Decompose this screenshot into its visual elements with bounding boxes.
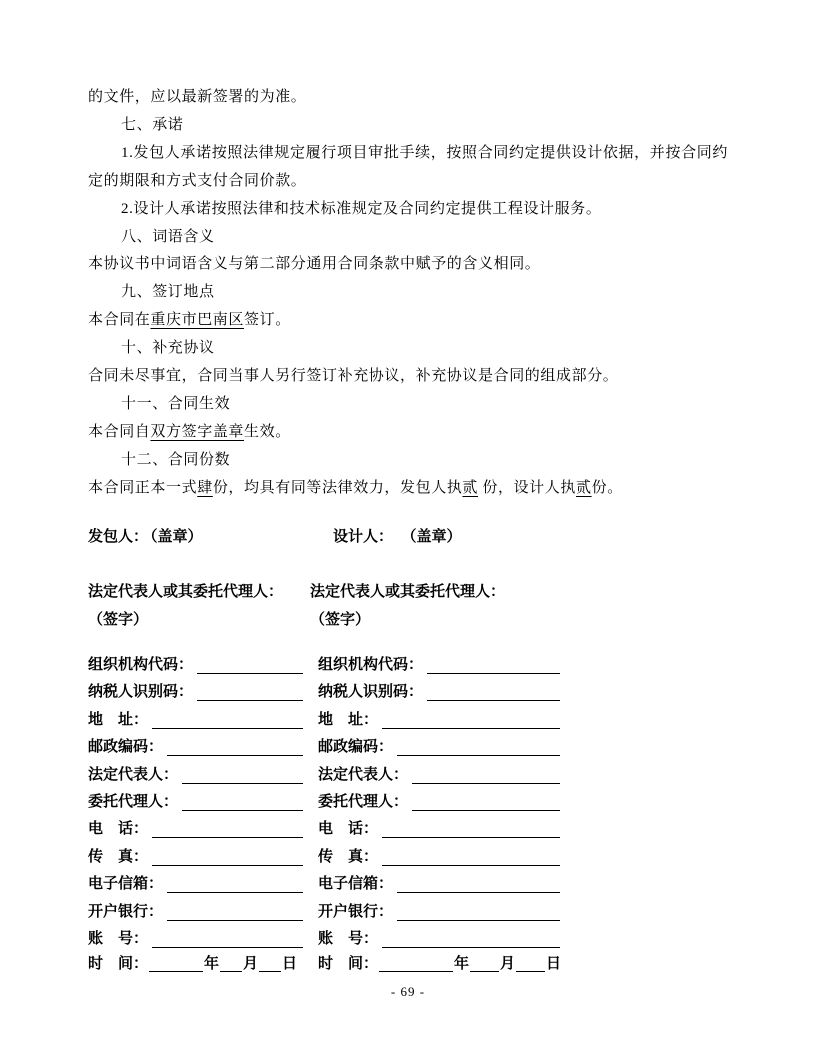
field-label: 电子信箱：	[88, 872, 163, 897]
paragraph-12-text: 份。	[592, 480, 623, 496]
designer-sign-label: （签字）	[310, 606, 728, 634]
field-label: 法定代表人：	[88, 763, 178, 788]
blank-line	[397, 870, 560, 893]
blank-line	[149, 957, 203, 972]
paragraph-12: 本合同正本一式肆份，均具有同等法律效力，发包人执贰 份，设计人执贰份。	[88, 475, 728, 503]
employer-sign-label: （签字）	[88, 606, 310, 634]
paragraph-12-text: 本合同正本一式	[88, 480, 197, 496]
field-fax-right: 传 真：	[318, 842, 728, 869]
field-label: 法定代表人：	[318, 763, 408, 788]
blank-line	[379, 957, 453, 972]
field-label: 纳税人识别码：	[88, 680, 193, 705]
field-label: 纳税人识别码：	[318, 680, 423, 705]
field-date-right: 时 间：年月日	[318, 952, 728, 979]
blank-line	[197, 678, 303, 701]
blank-line	[220, 957, 242, 972]
employer-agent-label: 法定代表人或其委托代理人：	[88, 578, 310, 606]
field-row-email: 电子信箱： 电子信箱：	[88, 870, 728, 897]
field-row-postal-code: 邮政编码： 邮政编码：	[88, 733, 728, 760]
seal-row: 发包人：（盖章） 设计人：（盖章）	[88, 523, 728, 551]
field-row-tax-id: 纳税人识别码： 纳税人识别码：	[88, 678, 728, 705]
year-label: 年	[454, 956, 469, 972]
field-postal-code-left: 邮政编码：	[88, 733, 318, 760]
effective-condition-underlined: 双方签字盖章	[150, 424, 244, 440]
field-account-right: 账 号：	[318, 925, 728, 952]
field-label: 时 间：	[318, 956, 378, 972]
paragraph-12-text: 份，设计人执	[478, 480, 576, 496]
field-label: 电 话：	[88, 817, 148, 842]
paragraph-11-text: 生效。	[244, 424, 291, 440]
blank-line	[152, 925, 303, 948]
blank-line	[167, 870, 303, 893]
employer-seal-cell: 发包人：（盖章）	[88, 523, 310, 551]
field-phone-left: 电 话：	[88, 815, 318, 842]
field-org-code-right: 组织机构代码：	[318, 651, 728, 678]
field-label: 电子信箱：	[318, 872, 393, 897]
field-row-date: 时 间：年月日 时 间：年月日	[88, 952, 728, 979]
field-label: 时 间：	[88, 956, 148, 972]
year-label: 年	[204, 956, 219, 972]
employer-seal-label: （盖章）	[150, 529, 203, 545]
blank-line	[382, 705, 560, 728]
agent-row: 法定代表人或其委托代理人： 法定代表人或其委托代理人：	[88, 578, 728, 606]
field-postal-code-right: 邮政编码：	[318, 733, 728, 760]
field-bank-left: 开户银行：	[88, 897, 318, 924]
blank-line	[167, 733, 303, 756]
field-row-bank: 开户银行： 开户银行：	[88, 897, 728, 924]
field-label: 电 话：	[318, 817, 378, 842]
designer-seal-cell: 设计人：（盖章）	[310, 523, 728, 551]
field-legal-rep-left: 法定代表人：	[88, 760, 318, 787]
designer-seal-label: （盖章）	[409, 529, 462, 545]
blank-line	[470, 957, 499, 972]
employer-copies-underlined: 贰	[462, 480, 478, 496]
day-label: 日	[282, 956, 297, 972]
employer-label: 发包人：	[88, 529, 148, 545]
field-legal-rep-right: 法定代表人：	[318, 760, 728, 787]
blank-line	[382, 815, 560, 838]
field-account-left: 账 号：	[88, 925, 318, 952]
paragraph-7-2: 2.设计人承诺按照法律和技术标准规定及合同约定提供工程设计服务。	[88, 196, 728, 224]
day-label: 日	[546, 956, 561, 972]
heading-clause-8: 八、词语含义	[88, 224, 728, 252]
heading-clause-7: 七、承诺	[88, 112, 728, 140]
page-number: - 69 -	[0, 984, 816, 1000]
field-label: 账 号：	[88, 927, 148, 952]
blank-line	[397, 897, 560, 920]
blank-line	[412, 760, 560, 783]
field-tax-id-right: 纳税人识别码：	[318, 678, 728, 705]
blank-line	[427, 651, 560, 674]
field-row-org-code: 组织机构代码： 组织机构代码：	[88, 651, 728, 678]
paragraph-7-1: 1.发包人承诺按照法律规定履行项目审批手续，按照合同约定提供设计依据，并按合同约…	[88, 140, 728, 196]
paragraph-12-text: 份，均具有同等法律效力，发包人执	[213, 480, 463, 496]
field-row-account: 账 号： 账 号：	[88, 925, 728, 952]
field-label: 组织机构代码：	[88, 653, 193, 678]
blank-line	[259, 957, 281, 972]
blank-line	[397, 733, 560, 756]
field-agent-right: 委托代理人：	[318, 788, 728, 815]
blank-line	[182, 760, 303, 783]
field-row-fax: 传 真： 传 真：	[88, 842, 728, 869]
document-page: 的文件，应以最新签署的为准。 七、承诺 1.发包人承诺按照法律规定履行项目审批手…	[0, 0, 816, 1056]
field-email-left: 电子信箱：	[88, 870, 318, 897]
paragraph-11-text: 本合同自	[88, 424, 150, 440]
field-email-right: 电子信箱：	[318, 870, 728, 897]
heading-clause-10: 十、补充协议	[88, 335, 728, 363]
designer-copies-underlined: 贰	[576, 480, 592, 496]
paragraph-9-text: 本合同在	[88, 312, 150, 328]
month-label: 月	[500, 956, 515, 972]
party-info-fields: 组织机构代码： 组织机构代码： 纳税人识别码： 纳税人识别码： 地 址： 地 址…	[88, 651, 728, 980]
heading-clause-11: 十一、合同生效	[88, 391, 728, 419]
paragraph-8: 本协议书中词语含义与第二部分通用合同条款中赋予的含义相同。	[88, 251, 728, 279]
heading-clause-12: 十二、合同份数	[88, 447, 728, 475]
field-row-agent: 委托代理人： 委托代理人：	[88, 788, 728, 815]
field-row-legal-rep: 法定代表人： 法定代表人：	[88, 760, 728, 787]
paragraph-continuation: 的文件，应以最新签署的为准。	[88, 84, 728, 112]
month-label: 月	[243, 956, 258, 972]
agent-label-text: 法定代表人或其委托代理人：	[88, 584, 283, 600]
field-phone-right: 电 话：	[318, 815, 728, 842]
field-label: 地 址：	[318, 708, 378, 733]
blank-line	[516, 957, 545, 972]
sign-label-text: （签字）	[88, 612, 148, 628]
field-label: 传 真：	[88, 845, 148, 870]
field-label: 组织机构代码：	[318, 653, 423, 678]
contract-clauses: 的文件，应以最新签署的为准。 七、承诺 1.发包人承诺按照法律规定履行项目审批手…	[88, 84, 728, 503]
blank-line	[197, 651, 303, 674]
agent-label-text: 法定代表人或其委托代理人：	[310, 584, 505, 600]
blank-line	[152, 815, 303, 838]
field-row-address: 地 址： 地 址：	[88, 705, 728, 732]
field-label: 地 址：	[88, 708, 148, 733]
field-label: 传 真：	[318, 845, 378, 870]
field-org-code-left: 组织机构代码：	[88, 651, 318, 678]
field-label: 邮政编码：	[318, 735, 393, 760]
field-address-left: 地 址：	[88, 705, 318, 732]
sign-label-text: （签字）	[310, 612, 370, 628]
blank-line	[427, 678, 560, 701]
field-row-phone: 电 话： 电 话：	[88, 815, 728, 842]
field-bank-right: 开户银行：	[318, 897, 728, 924]
blank-line	[382, 925, 560, 948]
field-label: 邮政编码：	[88, 735, 163, 760]
sign-row: （签字） （签字）	[88, 606, 728, 634]
blank-line	[182, 788, 303, 811]
field-tax-id-left: 纳税人识别码：	[88, 678, 318, 705]
designer-agent-label: 法定代表人或其委托代理人：	[310, 578, 728, 606]
paragraph-9-text: 签订。	[244, 312, 291, 328]
signing-place-underlined: 重庆市巴南区	[150, 312, 244, 328]
copies-total-underlined: 肆	[197, 480, 213, 496]
signature-block: 发包人：（盖章） 设计人：（盖章） 法定代表人或其委托代理人： 法定代表人或其委…	[88, 523, 728, 634]
blank-line	[152, 705, 303, 728]
blank-line	[412, 788, 560, 811]
paragraph-10: 合同未尽事宜，合同当事人另行签订补充协议，补充协议是合同的组成部分。	[88, 363, 728, 391]
field-label: 开户银行：	[318, 900, 393, 925]
heading-clause-9: 九、签订地点	[88, 279, 728, 307]
field-label: 委托代理人：	[88, 790, 178, 815]
blank-line	[152, 842, 303, 865]
paragraph-11: 本合同自双方签字盖章生效。	[88, 419, 728, 447]
field-address-right: 地 址：	[318, 705, 728, 732]
field-label: 账 号：	[318, 927, 378, 952]
field-agent-left: 委托代理人：	[88, 788, 318, 815]
field-date-left: 时 间：年月日	[88, 952, 318, 979]
designer-label: 设计人：	[333, 529, 393, 545]
field-fax-left: 传 真：	[88, 842, 318, 869]
paragraph-9: 本合同在重庆市巴南区签订。	[88, 307, 728, 335]
blank-line	[167, 897, 303, 920]
field-label: 开户银行：	[88, 900, 163, 925]
blank-line	[382, 842, 560, 865]
field-label: 委托代理人：	[318, 790, 408, 815]
